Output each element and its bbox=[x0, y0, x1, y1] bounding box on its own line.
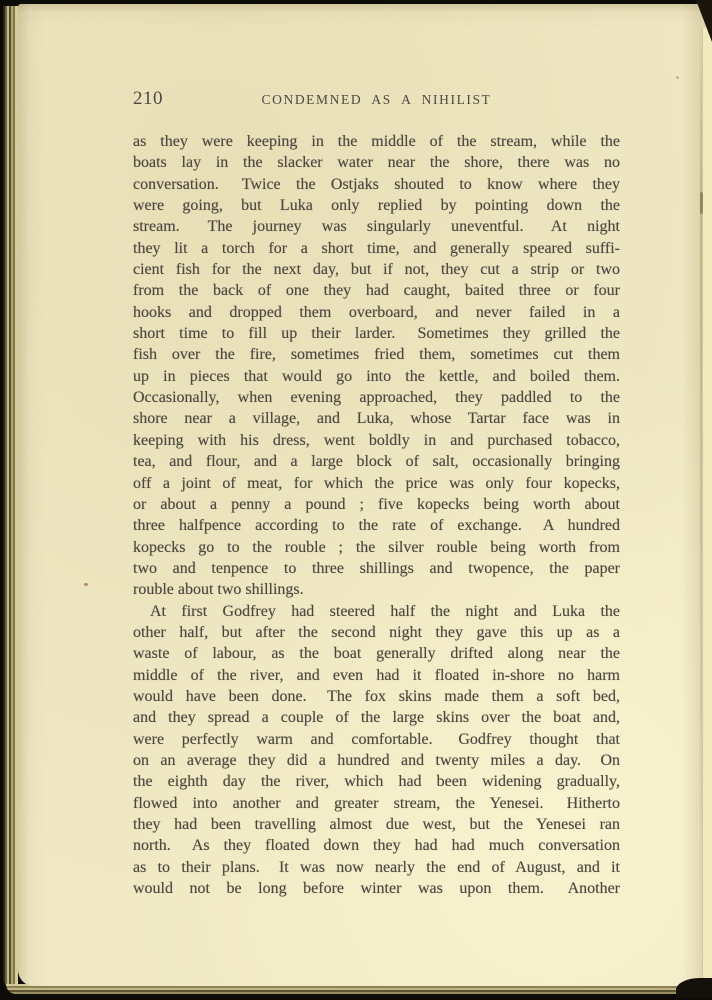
body-text: as they were keeping in the middle of th… bbox=[133, 131, 620, 899]
text-line: cient fish for the next day, but if not,… bbox=[133, 259, 620, 280]
foxing-speck bbox=[676, 76, 679, 79]
text-line: three halfpence according to the rate of… bbox=[133, 515, 620, 536]
text-line: rouble about two shillings. bbox=[133, 579, 620, 600]
text-line: flowed into another and greater stream, … bbox=[133, 793, 620, 814]
corner-shadow-bottom bbox=[676, 978, 712, 998]
text-line: boats lay in the slacker water near the … bbox=[133, 152, 620, 173]
book-page: 210 CONDEMNED AS A NIHILIST as they were… bbox=[18, 4, 712, 986]
text-line: from the back of one they had caught, ba… bbox=[133, 280, 620, 301]
text-line: as to their plans. It was now nearly the… bbox=[133, 857, 620, 878]
text-line: the eighth day the river, which had been… bbox=[133, 771, 620, 792]
text-line: waste of labour, as the boat generally d… bbox=[133, 643, 620, 664]
text-line: or about a penny a pound ; five kopecks … bbox=[133, 494, 620, 515]
text-line: would not be long before winter was upon… bbox=[133, 878, 620, 899]
text-line: other half, but after the second night t… bbox=[133, 622, 620, 643]
text-line: and they spread a couple of the large sk… bbox=[133, 707, 620, 728]
text-line: on an average they did a hundred and twe… bbox=[133, 750, 620, 771]
page-crease bbox=[700, 30, 702, 960]
text-line: up in pieces that would go into the kett… bbox=[133, 366, 620, 387]
text-line: kopecks go to the rouble ; the silver ro… bbox=[133, 537, 620, 558]
text-line: they had been travelling almost due west… bbox=[133, 814, 620, 835]
text-line: At first Godfrey had steered half the ni… bbox=[133, 601, 620, 622]
text-line: would have been done. The fox skins made… bbox=[133, 686, 620, 707]
next-page-edge bbox=[702, 28, 712, 986]
text-line: fish over the fire, sometimes fried them… bbox=[133, 344, 620, 365]
text-line: hooks and dropped them overboard, and ne… bbox=[133, 302, 620, 323]
text-line: shore near a village, and Luka, whose Ta… bbox=[133, 408, 620, 429]
text-line: tea, and flour, and a large block of sal… bbox=[133, 451, 620, 472]
text-line: Occasionally, when evening approached, t… bbox=[133, 387, 620, 408]
text-line: north. As they floated down they had had… bbox=[133, 835, 620, 856]
page-header: 210 CONDEMNED AS A NIHILIST bbox=[133, 88, 620, 110]
text-line: middle of the river, and even had it flo… bbox=[133, 665, 620, 686]
scanned-book-photo: 210 CONDEMNED AS A NIHILIST as they were… bbox=[0, 0, 712, 1000]
text-line: short time to fill up their larder. Some… bbox=[133, 323, 620, 344]
text-line: conversation. Twice the Ostjaks shouted … bbox=[133, 174, 620, 195]
page-edges-left bbox=[3, 6, 18, 988]
text-line: were going, but Luka only replied by poi… bbox=[133, 195, 620, 216]
running-head: CONDEMNED AS A NIHILIST bbox=[133, 92, 620, 108]
text-line: keeping with his dress, went boldly in a… bbox=[133, 430, 620, 451]
text-line: as they were keeping in the middle of th… bbox=[133, 131, 620, 152]
foxing-speck bbox=[84, 583, 88, 586]
edge-mark bbox=[700, 192, 703, 214]
text-line: off a joint of meat, for which the price… bbox=[133, 473, 620, 494]
text-line: stream. The journey was singularly uneve… bbox=[133, 216, 620, 237]
text-line: two and tenpence to three shillings and … bbox=[133, 558, 620, 579]
text-line: were perfectly warm and comfortable. God… bbox=[133, 729, 620, 750]
text-line: they lit a torch for a short time, and g… bbox=[133, 238, 620, 259]
